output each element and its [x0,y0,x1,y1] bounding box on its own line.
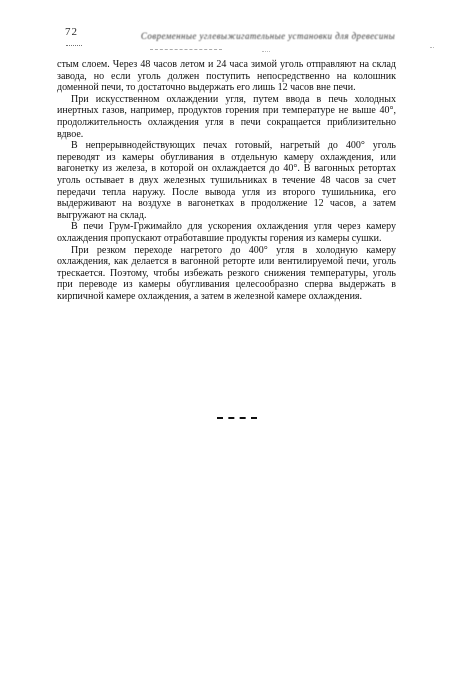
header-underline-artifact [66,45,82,46]
book-page: 72 Современные углевыжигательные установ… [0,0,450,688]
header-underline-artifact [430,47,434,48]
running-head: Современные углевыжигательные установки … [140,31,396,41]
page-body: стым слоем. Через 48 часов летом и 24 ча… [57,59,396,302]
header-underline-artifact [262,51,270,52]
paragraph: стым слоем. Через 48 часов летом и 24 ча… [57,59,396,94]
section-end-divider [217,417,257,419]
paragraph: В печи Грум-Гржимайло для ускорения охла… [57,221,396,244]
paragraph: При резком переходе нагретого до 400° уг… [57,245,396,303]
paragraph: При искусственном охлаждении угля, путем… [57,94,396,140]
paragraph: В непрерывнодействующих печах готовый, н… [57,140,396,221]
header-underline-artifact [150,49,222,50]
page-number: 72 [65,26,78,38]
